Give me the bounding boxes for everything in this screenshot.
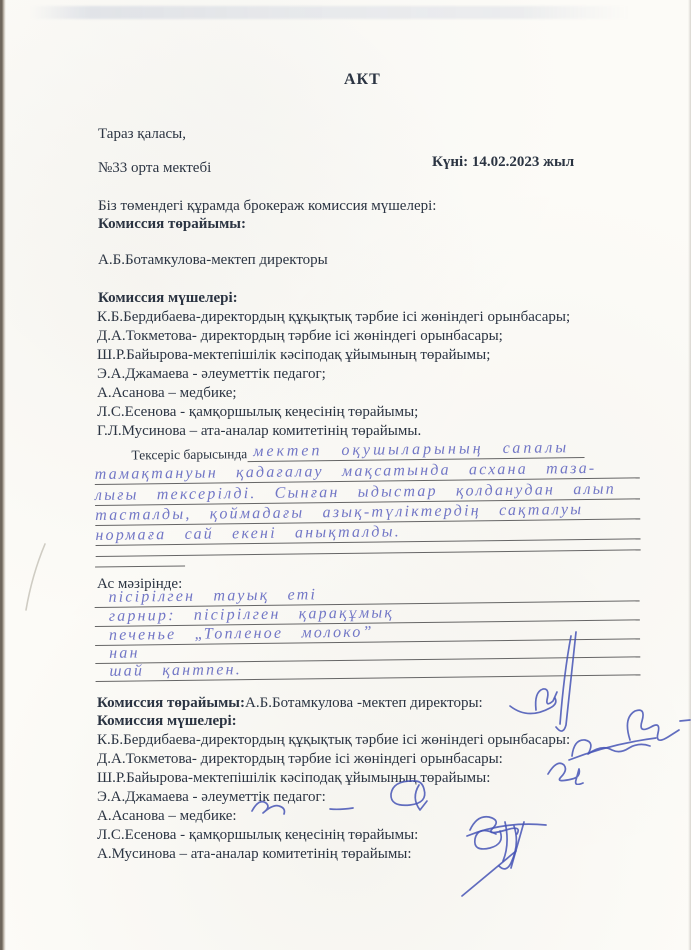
signature-bayirova <box>538 753 588 785</box>
scan-top-noise-band <box>30 6 630 19</box>
member-row: А.Асанова – медбике; <box>97 384 570 403</box>
document-title: АКТ <box>344 71 381 89</box>
members-heading-bottom: Комиссия мүшелері: <box>97 713 237 730</box>
menu-item-handwriting: нан <box>109 644 140 662</box>
member-row: Л.С.Есенова - қамқоршылық кеңесінің төра… <box>97 403 570 422</box>
intro-line: Біз төмендегі құрамда брокераж комиссия … <box>98 198 436 215</box>
pencil-scratch-mark <box>18 540 53 615</box>
signature-chair-label: Комиссия төрайымы: <box>97 695 245 711</box>
member-signature-row: К.Б.Бердибаева-директордың құқықтық тәрб… <box>97 731 570 750</box>
member-row: К.Б.Бердибаева-директордың құқықтық тәрб… <box>97 308 570 327</box>
menu-item-handwriting: шай қантпен. <box>109 661 242 681</box>
signature-musinova <box>450 816 565 901</box>
signature-asanova <box>246 794 292 818</box>
chair-name: А.Б.Ботамкулова-мектеп директоры <box>98 252 328 269</box>
members-list-top: К.Б.Бердибаева-директордың құқықтық тәрб… <box>97 308 570 441</box>
date-line: Күні: 14.02.2023 жыл <box>432 154 574 171</box>
member-row: Ш.Р.Байырова-мектепішілік кәсіподақ ұйым… <box>97 346 570 365</box>
chair-heading: Комиссия төрайымы: <box>98 216 246 233</box>
signature-dzhamaeva <box>325 776 445 818</box>
member-row: Д.А.Токметова- директордың тәрбие ісі жө… <box>97 327 570 346</box>
inspection-paragraph: Тексеріс барысында мектеп оқушыларының с… <box>94 434 640 557</box>
inspection-label: Тексеріс барысында <box>94 446 247 464</box>
members-heading-top: Комиссия мүшелері: <box>98 290 238 307</box>
school-line: №33 орта мектебі <box>98 160 211 177</box>
signature-chair-name: А.Б.Ботамкулова -мектеп директоры: <box>245 695 483 711</box>
signature-director <box>500 628 610 733</box>
city-line: Тараз қаласы, <box>98 126 186 143</box>
scanned-document-page: АКТ Тараз қаласы, №33 орта мектебі Күні:… <box>0 0 691 950</box>
member-row: Э.А.Джамаева - әлеуметтік педагог; <box>97 365 570 384</box>
menu-item-handwriting: печенье „Топленое молоко” <box>109 624 374 645</box>
signature-chair-line: Комиссия төрайымы:А.Б.Ботамкулова -мекте… <box>97 695 483 712</box>
menu-item-handwriting: гарнир: пісірілген қарақұмық <box>109 604 395 625</box>
short-ruled-line <box>95 554 185 567</box>
member-signature-row: Д.А.Токметова- директордың тәрбие ісі жө… <box>97 750 570 769</box>
scan-left-edge-shadow <box>0 0 6 950</box>
menu-item-handwriting: пісірілген тауық еті <box>108 586 317 607</box>
